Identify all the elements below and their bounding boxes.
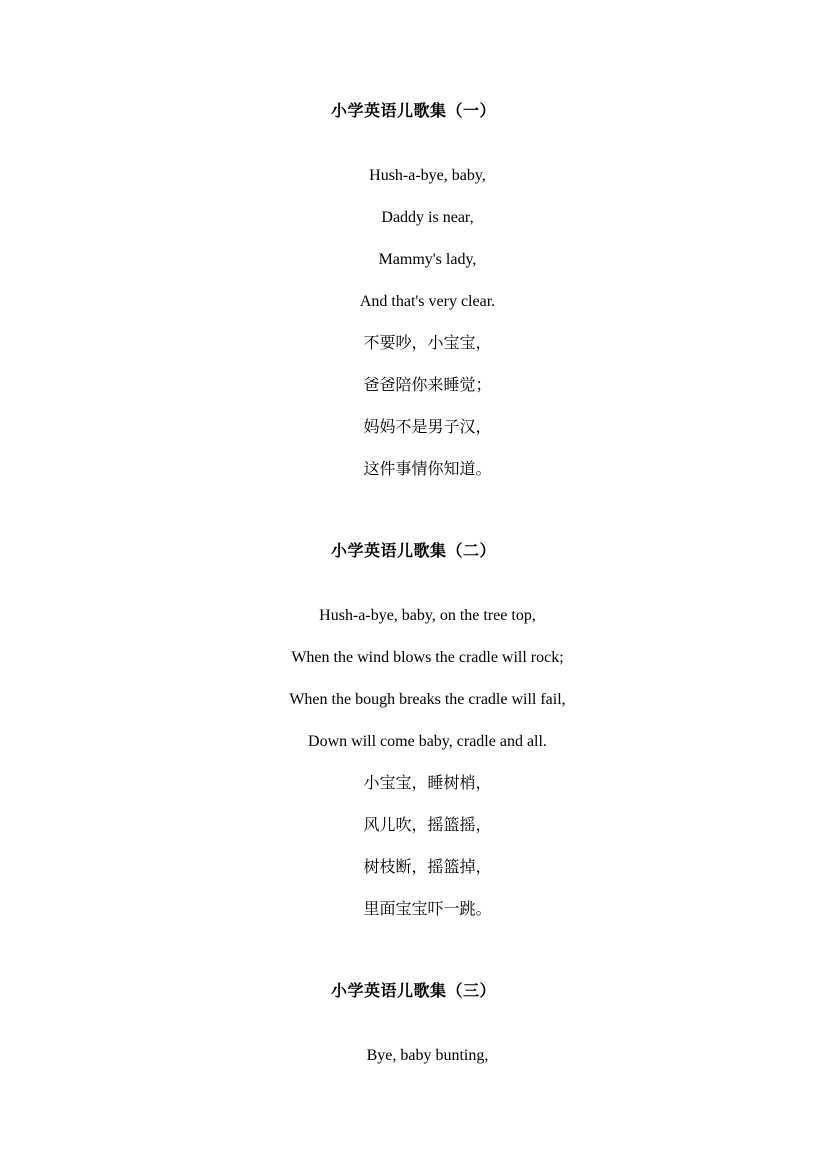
rhyme-section-1: 小学英语儿歌集（一） Hush-a-bye, baby, Daddy is ne… [0, 91, 827, 491]
section-title: 小学英语儿歌集（二） [0, 531, 827, 573]
chinese-line: 不要吵，小宝宝， [0, 323, 827, 365]
english-line: Daddy is near, [0, 197, 827, 239]
english-line: And that's very clear. [0, 281, 827, 323]
english-line: Hush-a-bye, baby, [0, 155, 827, 197]
english-line: When the bough breaks the cradle will fa… [0, 679, 827, 721]
chinese-line: 爸爸陪你来睡觉； [0, 365, 827, 407]
chinese-line: 里面宝宝吓一跳。 [0, 889, 827, 931]
english-line: Hush-a-bye, baby, on the tree top, [0, 595, 827, 637]
rhyme-section-3: 小学英语儿歌集（三） Bye, baby bunting, [0, 971, 827, 1077]
rhyme-section-2: 小学英语儿歌集（二） Hush-a-bye, baby, on the tree… [0, 531, 827, 931]
section-title: 小学英语儿歌集（一） [0, 91, 827, 133]
chinese-line: 风儿吹，摇篮摇， [0, 805, 827, 847]
english-line: Mammy's lady, [0, 239, 827, 281]
english-line: Down will come baby, cradle and all. [0, 721, 827, 763]
english-line: When the wind blows the cradle will rock… [0, 637, 827, 679]
section-title: 小学英语儿歌集（三） [0, 971, 827, 1013]
chinese-line: 树枝断，摇篮掉， [0, 847, 827, 889]
chinese-line: 妈妈不是男子汉， [0, 407, 827, 449]
chinese-line: 小宝宝，睡树梢， [0, 763, 827, 805]
document-page: 小学英语儿歌集（一） Hush-a-bye, baby, Daddy is ne… [0, 0, 827, 1169]
chinese-line: 这件事情你知道。 [0, 449, 827, 491]
english-line: Bye, baby bunting, [0, 1035, 827, 1077]
